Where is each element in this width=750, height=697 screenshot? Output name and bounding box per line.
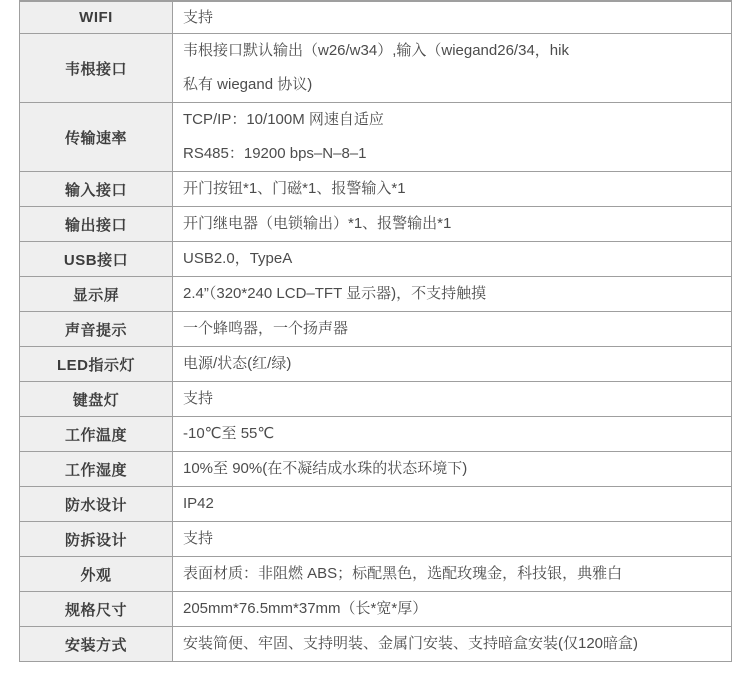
product-spec-page: WIFI支持韦根接口韦根接口默认输出（w26/w34）,输入（wiegand26…	[0, 0, 750, 697]
spec-label: 防拆设计	[20, 522, 173, 556]
spec-value: 开门按钮*1、门磁*1、报警输入*1	[173, 172, 731, 206]
spec-value: 电源/状态(红/绿)	[173, 347, 731, 381]
spec-value-line: 一个蜂鸣器，一个扬声器	[183, 312, 721, 346]
spec-value-line: 私有 wiegand 协议)	[183, 68, 721, 102]
spec-label: 声音提示	[20, 312, 173, 346]
table-row: 声音提示一个蜂鸣器，一个扬声器	[20, 311, 731, 346]
spec-value-line: 电源/状态(红/绿)	[183, 347, 721, 381]
spec-value-line: TCP/IP：10/100M 网速自适应	[183, 103, 721, 137]
spec-value: 支持	[173, 522, 731, 556]
spec-value-line: 韦根接口默认输出（w26/w34）,输入（wiegand26/34，hik	[183, 34, 721, 68]
table-row: 规格尺寸205mm*76.5mm*37mm（长*宽*厚）	[20, 591, 731, 626]
spec-value-line: 205mm*76.5mm*37mm（长*宽*厚）	[183, 592, 721, 626]
spec-label: 工作温度	[20, 417, 173, 451]
spec-value-line: 10%至 90%(在不凝结成水珠的状态环境下)	[183, 452, 721, 486]
table-row: 键盘灯支持	[20, 381, 731, 416]
table-row: WIFI支持	[20, 2, 731, 33]
spec-value-line: 支持	[183, 522, 721, 556]
spec-label: 防水设计	[20, 487, 173, 521]
spec-label: LED指示灯	[20, 347, 173, 381]
table-row: LED指示灯电源/状态(红/绿)	[20, 346, 731, 381]
spec-value: USB2.0，TypeA	[173, 242, 731, 276]
spec-value-line: 2.4”（320*240 LCD–TFT 显示器)，不支持触摸	[183, 277, 721, 311]
spec-label: 规格尺寸	[20, 592, 173, 626]
spec-label: 输出接口	[20, 207, 173, 241]
spec-value: 支持	[173, 2, 731, 33]
spec-value-line: 开门按钮*1、门磁*1、报警输入*1	[183, 172, 721, 206]
spec-value: 支持	[173, 382, 731, 416]
spec-value: 10%至 90%(在不凝结成水珠的状态环境下)	[173, 452, 731, 486]
spec-value-line: -10℃至 55℃	[183, 417, 721, 451]
table-row: 输出接口开门继电器（电锁输出）*1、报警输出*1	[20, 206, 731, 241]
table-row: 外观表面材质：非阻燃 ABS；标配黑色，选配玫瑰金，科技银，典雅白	[20, 556, 731, 591]
spec-label: 外观	[20, 557, 173, 591]
spec-value: 开门继电器（电锁输出）*1、报警输出*1	[173, 207, 731, 241]
table-row: 防拆设计支持	[20, 521, 731, 556]
spec-label: 安装方式	[20, 627, 173, 661]
spec-value-line: 支持	[183, 382, 721, 416]
table-row: 安装方式安装简便、牢固、支持明装、金属门安装、支持暗盒安装(仅120暗盒)	[20, 626, 731, 661]
spec-value: 韦根接口默认输出（w26/w34）,输入（wiegand26/34，hik私有 …	[173, 34, 731, 102]
table-row: 传输速率TCP/IP：10/100M 网速自适应RS485：19200 bps–…	[20, 102, 731, 171]
spec-label: 韦根接口	[20, 34, 173, 102]
spec-label: 输入接口	[20, 172, 173, 206]
spec-value-line: RS485：19200 bps–N–8–1	[183, 137, 721, 171]
spec-label: 键盘灯	[20, 382, 173, 416]
table-row: 韦根接口韦根接口默认输出（w26/w34）,输入（wiegand26/34，hi…	[20, 33, 731, 102]
spec-value-line: 支持	[183, 2, 721, 33]
spec-value-line: 安装简便、牢固、支持明装、金属门安装、支持暗盒安装(仅120暗盒)	[183, 627, 721, 661]
table-row: 工作温度-10℃至 55℃	[20, 416, 731, 451]
table-row: 输入接口开门按钮*1、门磁*1、报警输入*1	[20, 171, 731, 206]
spec-label: WIFI	[20, 2, 173, 33]
spec-value: 一个蜂鸣器，一个扬声器	[173, 312, 731, 346]
spec-label: USB接口	[20, 242, 173, 276]
table-row: USB接口USB2.0，TypeA	[20, 241, 731, 276]
spec-value-line: USB2.0，TypeA	[183, 242, 721, 276]
table-row: 工作湿度10%至 90%(在不凝结成水珠的状态环境下)	[20, 451, 731, 486]
spec-value: TCP/IP：10/100M 网速自适应RS485：19200 bps–N–8–…	[173, 103, 731, 171]
spec-value-line: 表面材质：非阻燃 ABS；标配黑色，选配玫瑰金，科技银，典雅白	[183, 557, 721, 591]
spec-value: 表面材质：非阻燃 ABS；标配黑色，选配玫瑰金，科技银，典雅白	[173, 557, 731, 591]
table-row: 显示屏2.4”（320*240 LCD–TFT 显示器)，不支持触摸	[20, 276, 731, 311]
spec-label: 传输速率	[20, 103, 173, 171]
spec-value: 安装简便、牢固、支持明装、金属门安装、支持暗盒安装(仅120暗盒)	[173, 627, 731, 661]
spec-value: 205mm*76.5mm*37mm（长*宽*厚）	[173, 592, 731, 626]
spec-value: -10℃至 55℃	[173, 417, 731, 451]
spec-value: IP42	[173, 487, 731, 521]
spec-value-line: IP42	[183, 487, 721, 521]
spec-value: 2.4”（320*240 LCD–TFT 显示器)，不支持触摸	[173, 277, 731, 311]
spec-label: 显示屏	[20, 277, 173, 311]
spec-label: 工作湿度	[20, 452, 173, 486]
table-row: 防水设计IP42	[20, 486, 731, 521]
spec-value-line: 开门继电器（电锁输出）*1、报警输出*1	[183, 207, 721, 241]
spec-table: WIFI支持韦根接口韦根接口默认输出（w26/w34）,输入（wiegand26…	[19, 0, 732, 662]
